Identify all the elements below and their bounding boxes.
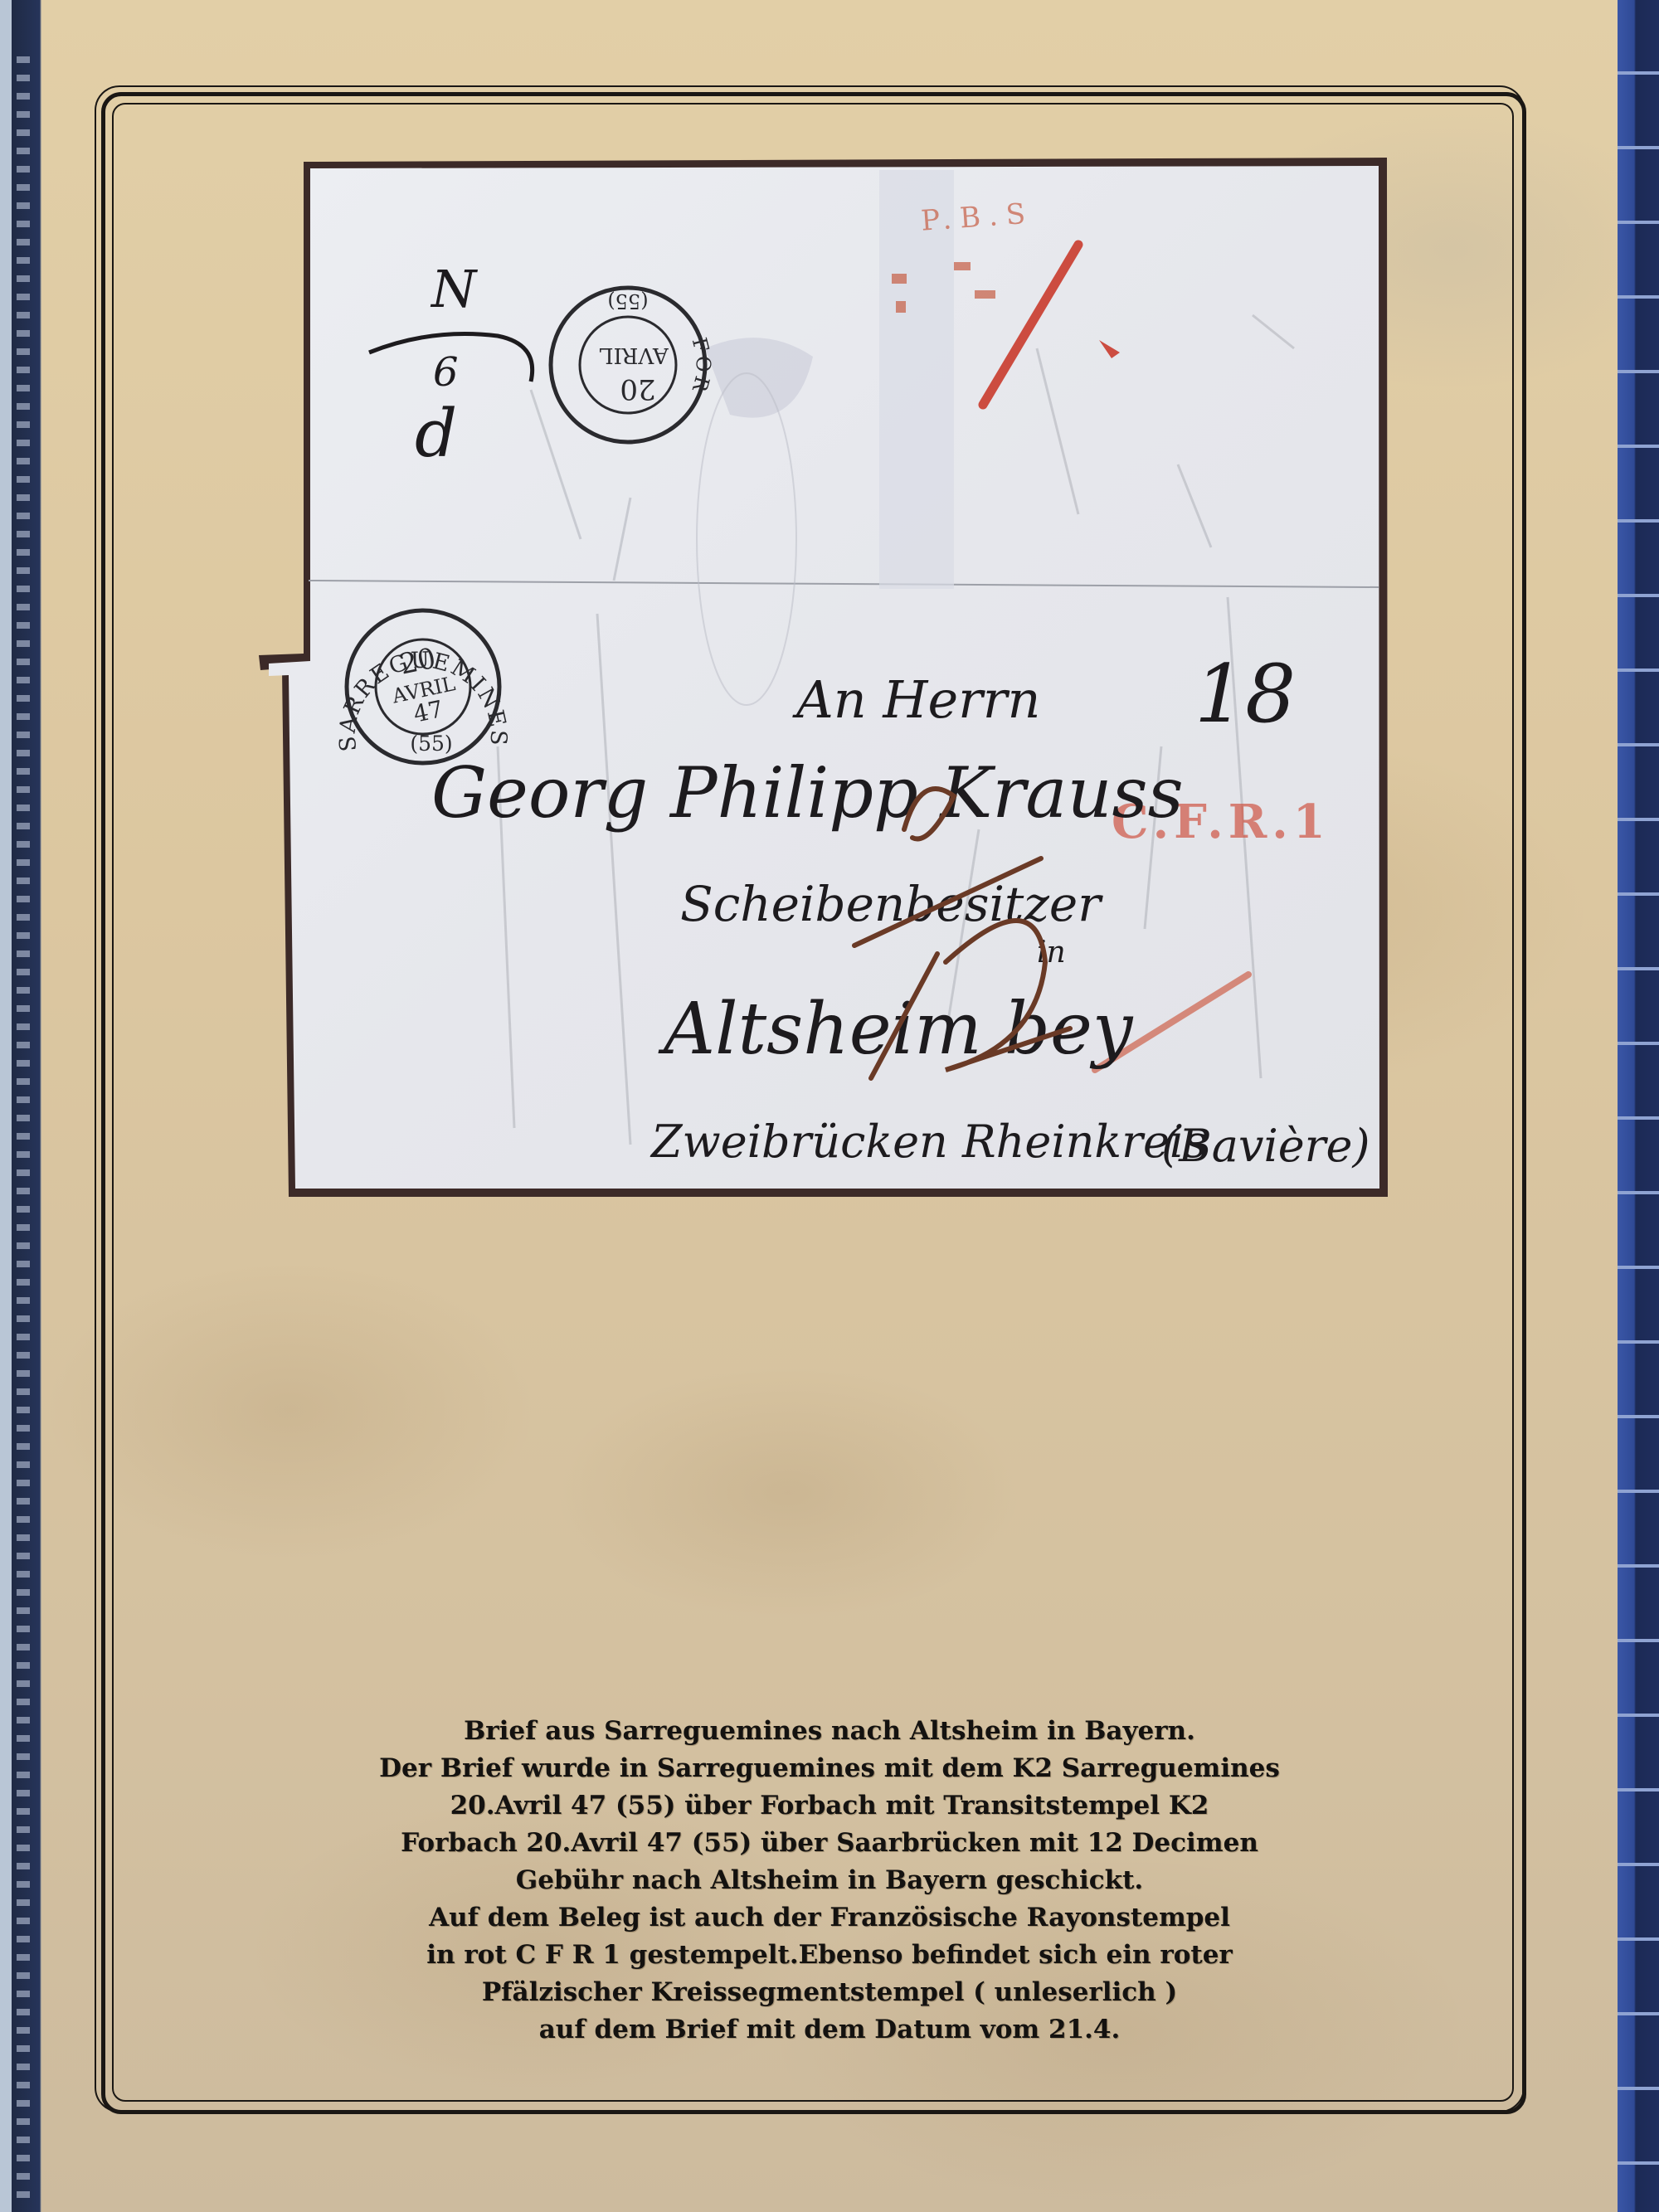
letter-cover: SARREGUEMINES (55) 20 AVRIL 47 FORBACH (… <box>0 0 1659 1203</box>
description-line: Auf dem Beleg ist auch der Französische … <box>315 1899 1344 1937</box>
address-recipient: Georg Philipp Krauss <box>431 752 1184 834</box>
postmark-transit-month: AVRIL <box>599 343 669 367</box>
description-line: Forbach 20.Avril 47 (55) über Saarbrücke… <box>315 1825 1344 1862</box>
postmark-transit-day: 20 <box>620 372 655 406</box>
description-line: Pfälzischer Kreissegmentstempel ( unlese… <box>315 1974 1344 2011</box>
address-salutation: An Herrn <box>792 669 1040 730</box>
address-country: (Bavière) <box>1161 1120 1370 1172</box>
svg-text:d: d <box>415 395 457 472</box>
description-line: Gebühr nach Altsheim in Bayern geschickt… <box>315 1862 1344 1899</box>
postmark-transit-department: (55) <box>607 289 648 313</box>
address-occupation: Scheibenbesitzer <box>680 876 1103 932</box>
svg-text:6: 6 <box>433 349 459 396</box>
address-district: Zweibrücken Rheinkreis <box>649 1116 1207 1168</box>
description-line: Brief aus Sarreguemines nach Altsheim in… <box>315 1713 1344 1750</box>
description-line: in rot C F R 1 gestempelt.Ebenso befinde… <box>315 1937 1344 1974</box>
rate-number: 18 <box>1194 648 1296 741</box>
description-line: auf dem Brief mit dem Datum vom 21.4. <box>315 2011 1344 2049</box>
svg-text:N: N <box>430 259 479 319</box>
description-line: Der Brief wurde in Sarreguemines mit dem… <box>315 1750 1344 1787</box>
description-line: 20.Avril 47 (55) über Forbach mit Transi… <box>315 1787 1344 1825</box>
exhibit-description: Brief aus Sarreguemines nach Altsheim in… <box>315 1713 1344 2049</box>
